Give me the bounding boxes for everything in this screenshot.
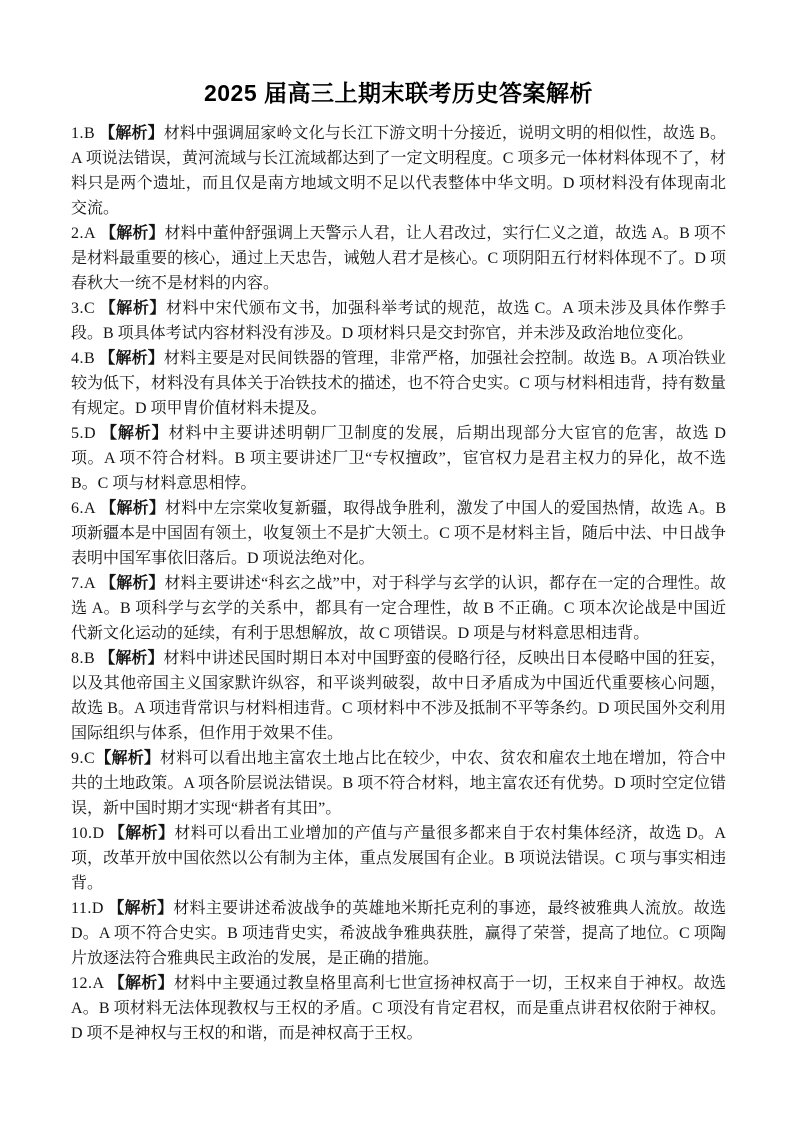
answer-item-3: 3.C 【解析】材料中宋代颁布文书，加强科举考试的规范，故选 C。A 项未涉及具… <box>71 296 726 346</box>
answer-number: 4.B <box>71 350 95 367</box>
analysis-text: 材料中强调屈家岭文化与长江下游文明十分接近，说明文明的相似性，故选 B。A 项说… <box>71 125 726 217</box>
answer-number: 7.A <box>71 575 96 592</box>
analysis-marker: 【解析】 <box>96 225 164 242</box>
answer-item-10: 10.D 【解析】材料可以看出工业增加的产值与产量很多都来自于农村集体经济，故选… <box>71 821 726 896</box>
answer-item-11: 11.D 【解析】材料主要讲述希波战争的英雄地米斯托克利的事迹，最终被雅典人流放… <box>71 896 726 971</box>
answer-number: 3.C <box>71 300 95 317</box>
answer-item-4: 4.B 【解析】材料主要是对民间铁器的管理，非常严格，加强社会控制。故选 B。A… <box>71 346 726 421</box>
analysis-text: 材料可以看出地主富农土地占比在较少，中农、贫农和雇农土地在增加，符合中共的土地政… <box>71 750 726 817</box>
page-title: 2025 届高三上期末联考历史答案解析 <box>71 78 726 108</box>
document-page: 2025 届高三上期末联考历史答案解析 1.B 【解析】材料中强调屈家岭文化与长… <box>0 0 794 1123</box>
analysis-marker: 【解析】 <box>95 125 164 142</box>
answer-item-1: 1.B 【解析】材料中强调屈家岭文化与长江下游文明十分接近，说明文明的相似性，故… <box>71 121 726 221</box>
analysis-marker: 【解析】 <box>96 575 164 592</box>
analysis-marker: 【解析】 <box>95 650 163 667</box>
answer-number: 11.D <box>71 900 104 917</box>
analysis-marker: 【解析】 <box>104 900 173 917</box>
analysis-marker: 【解析】 <box>105 825 175 842</box>
answer-number: 8.B <box>71 650 95 667</box>
answer-number: 1.B <box>71 125 95 142</box>
analysis-marker: 【解析】 <box>96 425 169 442</box>
analysis-text: 材料主要讲述“科玄之战”中，对于科学与玄学的认识，都存在一定的合理性。故选 A。… <box>71 575 726 642</box>
answer-item-2: 2.A 【解析】材料中董仲舒强调上天警示人君，让人君改过，实行仁义之道，故选 A… <box>71 221 726 296</box>
answer-number: 10.D <box>71 825 105 842</box>
answer-item-9: 9.C【解析】材料可以看出地主富农土地占比在较少，中农、贫农和雇农土地在增加，符… <box>71 746 726 821</box>
answer-number: 12.A <box>71 975 105 992</box>
answer-number: 6.A <box>71 500 96 517</box>
analysis-text: 材料中左宗棠收复新疆，取得战争胜利，激发了中国人的爱国热情，故选 A。B 项新疆… <box>71 500 726 567</box>
answer-number: 9.C <box>71 750 95 767</box>
analysis-text: 材料中董仲舒强调上天警示人君，让人君改过，实行仁义之道，故选 A。B 项不是材料… <box>71 225 726 292</box>
analysis-marker: 【解析】 <box>95 300 166 317</box>
answer-number: 5.D <box>71 425 96 442</box>
answer-list: 1.B 【解析】材料中强调屈家岭文化与长江下游文明十分接近，说明文明的相似性，故… <box>71 121 726 1046</box>
answer-item-6: 6.A 【解析】材料中左宗棠收复新疆，取得战争胜利，激发了中国人的爱国热情，故选… <box>71 496 726 571</box>
analysis-marker: 【解析】 <box>95 750 160 767</box>
analysis-text: 材料中讲述民国时期日本对中国野蛮的侵略行径，反映出日本侵略中国的狂妄，以及其他帝… <box>71 650 726 742</box>
answer-item-5: 5.D 【解析】材料中主要讲述明朝厂卫制度的发展，后期出现部分大宦官的危害，故选… <box>71 421 726 496</box>
analysis-marker: 【解析】 <box>95 350 164 367</box>
analysis-text: 材料主要是对民间铁器的管理，非常严格，加强社会控制。故选 B。A 项冶铁业较为低… <box>71 350 726 417</box>
answer-item-7: 7.A 【解析】材料主要讲述“科玄之战”中，对于科学与玄学的认识，都存在一定的合… <box>71 571 726 646</box>
analysis-marker: 【解析】 <box>96 500 165 517</box>
answer-item-12: 12.A 【解析】材料中主要通过教皇格里高利七世宣扬神权高于一切，王权来自于神权… <box>71 971 726 1046</box>
analysis-text: 材料中宋代颁布文书，加强科举考试的规范，故选 C。A 项未涉及具体作弊手段。B … <box>71 300 726 342</box>
analysis-marker: 【解析】 <box>105 975 174 992</box>
answer-item-8: 8.B 【解析】材料中讲述民国时期日本对中国野蛮的侵略行径，反映出日本侵略中国的… <box>71 646 726 746</box>
answer-number: 2.A <box>71 225 96 242</box>
analysis-text: 材料中主要讲述明朝厂卫制度的发展，后期出现部分大宦官的危害，故选 D 项。A 项… <box>71 425 726 492</box>
